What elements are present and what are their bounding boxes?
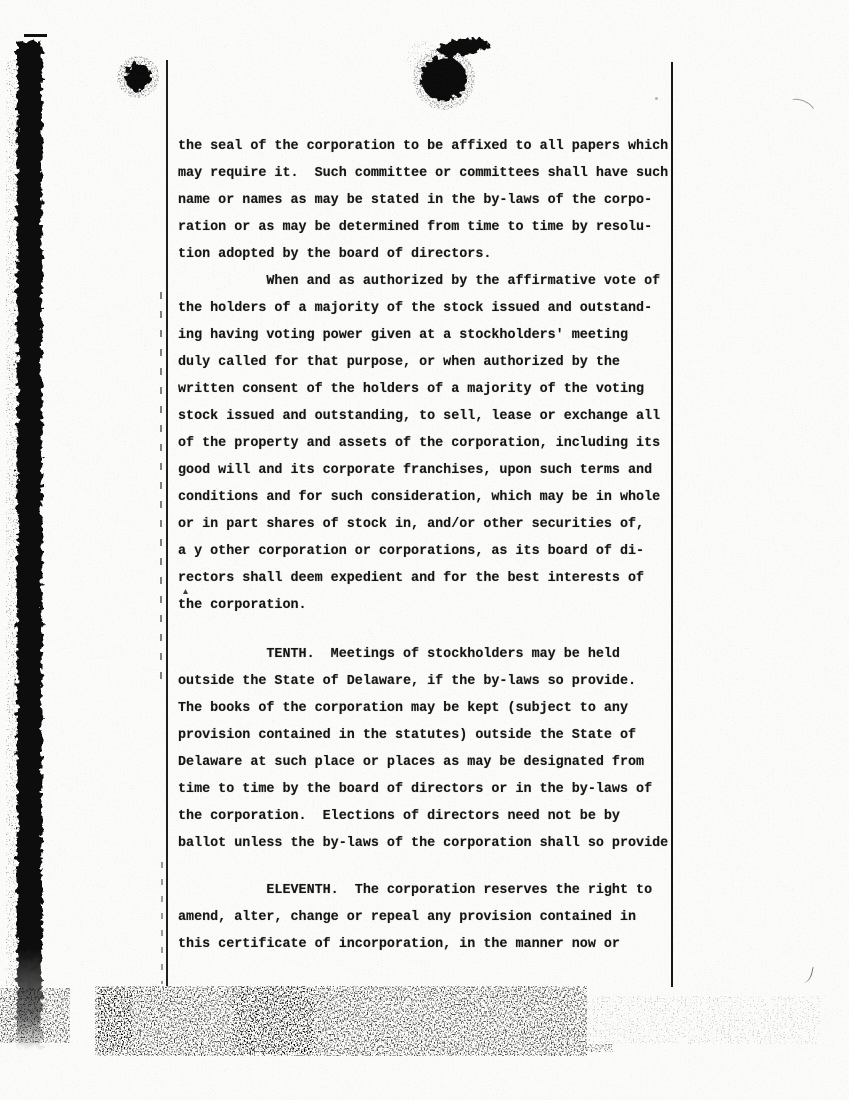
right-margin-line bbox=[671, 62, 673, 987]
text-line: conditions and for such consideration, w… bbox=[178, 484, 668, 511]
text-line: outside the State of Delaware, if the by… bbox=[178, 668, 668, 695]
text-line: The books of the corporation may be kept… bbox=[178, 695, 668, 722]
stray-arc-mark bbox=[784, 95, 819, 124]
text-line: good will and its corporate franchises, … bbox=[178, 457, 668, 484]
text-line: written consent of the holders of a majo… bbox=[178, 376, 668, 403]
text-line: ration or as may be determined from time… bbox=[178, 214, 668, 241]
film-strip-cap bbox=[24, 34, 47, 37]
paragraph: the seal of the corporation to be affixe… bbox=[178, 133, 668, 268]
text-line: duly called for that purpose, or when au… bbox=[178, 349, 668, 376]
text-line: time to time by the board of directors o… bbox=[178, 776, 668, 803]
text-line: a y other corporation or corporations, a… bbox=[178, 538, 668, 565]
text-line: or in part shares of stock in, and/or ot… bbox=[178, 511, 668, 538]
text-line: Delaware at such place or places as may … bbox=[178, 749, 668, 776]
text-line: When and as authorized by the affirmativ… bbox=[178, 268, 668, 295]
text-line: TENTH. Meetings of stockholders may be h… bbox=[178, 641, 668, 668]
left-margin-dashes-lower bbox=[161, 862, 163, 984]
text-line: rectors shall deem expedient and for the… bbox=[178, 565, 668, 592]
text-line: tion adopted by the board of directors. bbox=[178, 241, 668, 268]
text-line: stock issued and outstanding, to sell, l… bbox=[178, 403, 668, 430]
text-line: the seal of the corporation to be affixe… bbox=[178, 133, 668, 160]
document-text: the seal of the corporation to be affixe… bbox=[178, 133, 668, 958]
text-line: ing having voting power given at a stock… bbox=[178, 322, 668, 349]
text-line: of the property and assets of the corpor… bbox=[178, 430, 668, 457]
text-line: provision contained in the statutes) out… bbox=[178, 722, 668, 749]
paragraph: ELEVENTH. The corporation reserves the r… bbox=[178, 877, 668, 958]
text-line: may require it. Such committee or commit… bbox=[178, 160, 668, 187]
ink-blot-left-icon bbox=[125, 63, 151, 91]
text-line: this certificate of incorporation, in th… bbox=[178, 931, 668, 958]
text-line: ELEVENTH. The corporation reserves the r… bbox=[178, 877, 668, 904]
left-margin-line bbox=[166, 60, 168, 986]
ink-blot-top-icon bbox=[421, 36, 490, 101]
paragraph: TENTH. Meetings of stockholders may be h… bbox=[178, 641, 668, 857]
ink-blot-top-halo bbox=[413, 48, 475, 110]
stray-dot-mark bbox=[655, 97, 658, 100]
text-line: the holders of a majority of the stock i… bbox=[178, 295, 668, 322]
text-line: the corporation. Elections of directors … bbox=[178, 803, 668, 830]
film-strip-fray bbox=[6, 60, 20, 1040]
scanned-page: the seal of the corporation to be affixe… bbox=[0, 0, 849, 1100]
text-line: the corporation. bbox=[178, 592, 668, 619]
text-line: name or names as may be stated in the by… bbox=[178, 187, 668, 214]
ink-blot-left-halo bbox=[117, 56, 159, 98]
text-line: ballot unless the by-laws of the corpora… bbox=[178, 830, 668, 857]
left-margin-dashes bbox=[160, 292, 162, 688]
ink-blot-top-spray bbox=[407, 41, 441, 75]
text-line: amend, alter, change or repeal any provi… bbox=[178, 904, 668, 931]
paragraph: When and as authorized by the affirmativ… bbox=[178, 268, 668, 619]
noise-band bbox=[0, 986, 820, 1056]
film-strip bbox=[17, 42, 42, 1050]
stray-slash-mark bbox=[800, 965, 813, 984]
